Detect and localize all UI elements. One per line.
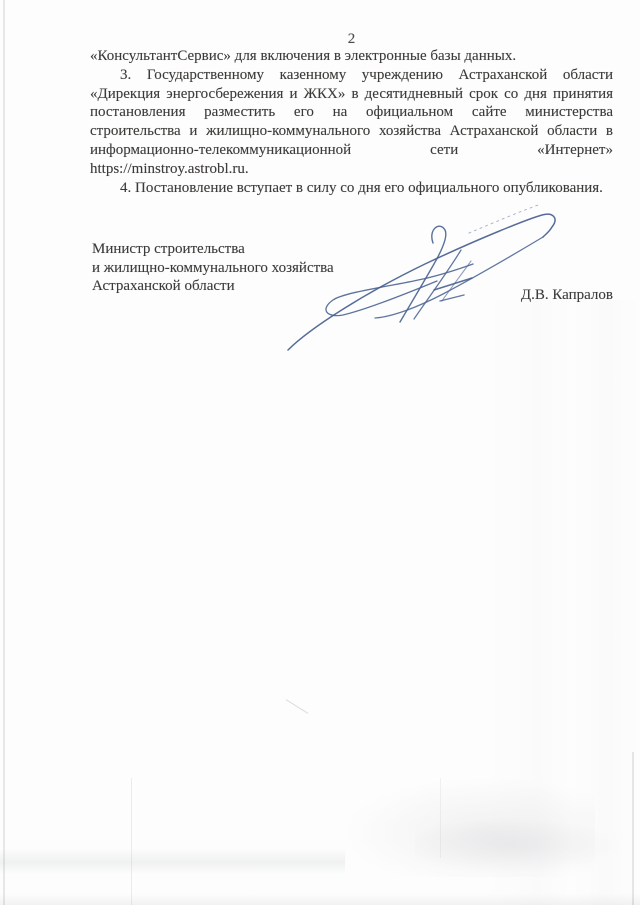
handwritten-signature — [265, 193, 575, 365]
scan-bottom-shadow — [0, 893, 640, 905]
signer-name: Д.В. Капралов — [90, 287, 613, 304]
paragraph-continuation: «КонсультантСервис» для включения в элек… — [90, 47, 613, 66]
page-number: 2 — [90, 31, 613, 48]
scan-right-edge-line — [632, 752, 634, 905]
document-page: 2 «КонсультантСервис» для включения в эл… — [0, 0, 640, 905]
scan-smudge — [415, 818, 625, 873]
scan-smudge — [286, 699, 309, 714]
document-body: «КонсультантСервис» для включения в элек… — [90, 47, 613, 197]
paragraph-item-3: 3. Государственному казенному учреждению… — [90, 66, 613, 179]
scan-left-edge-line — [3, 0, 5, 905]
scan-smudge — [0, 836, 346, 886]
